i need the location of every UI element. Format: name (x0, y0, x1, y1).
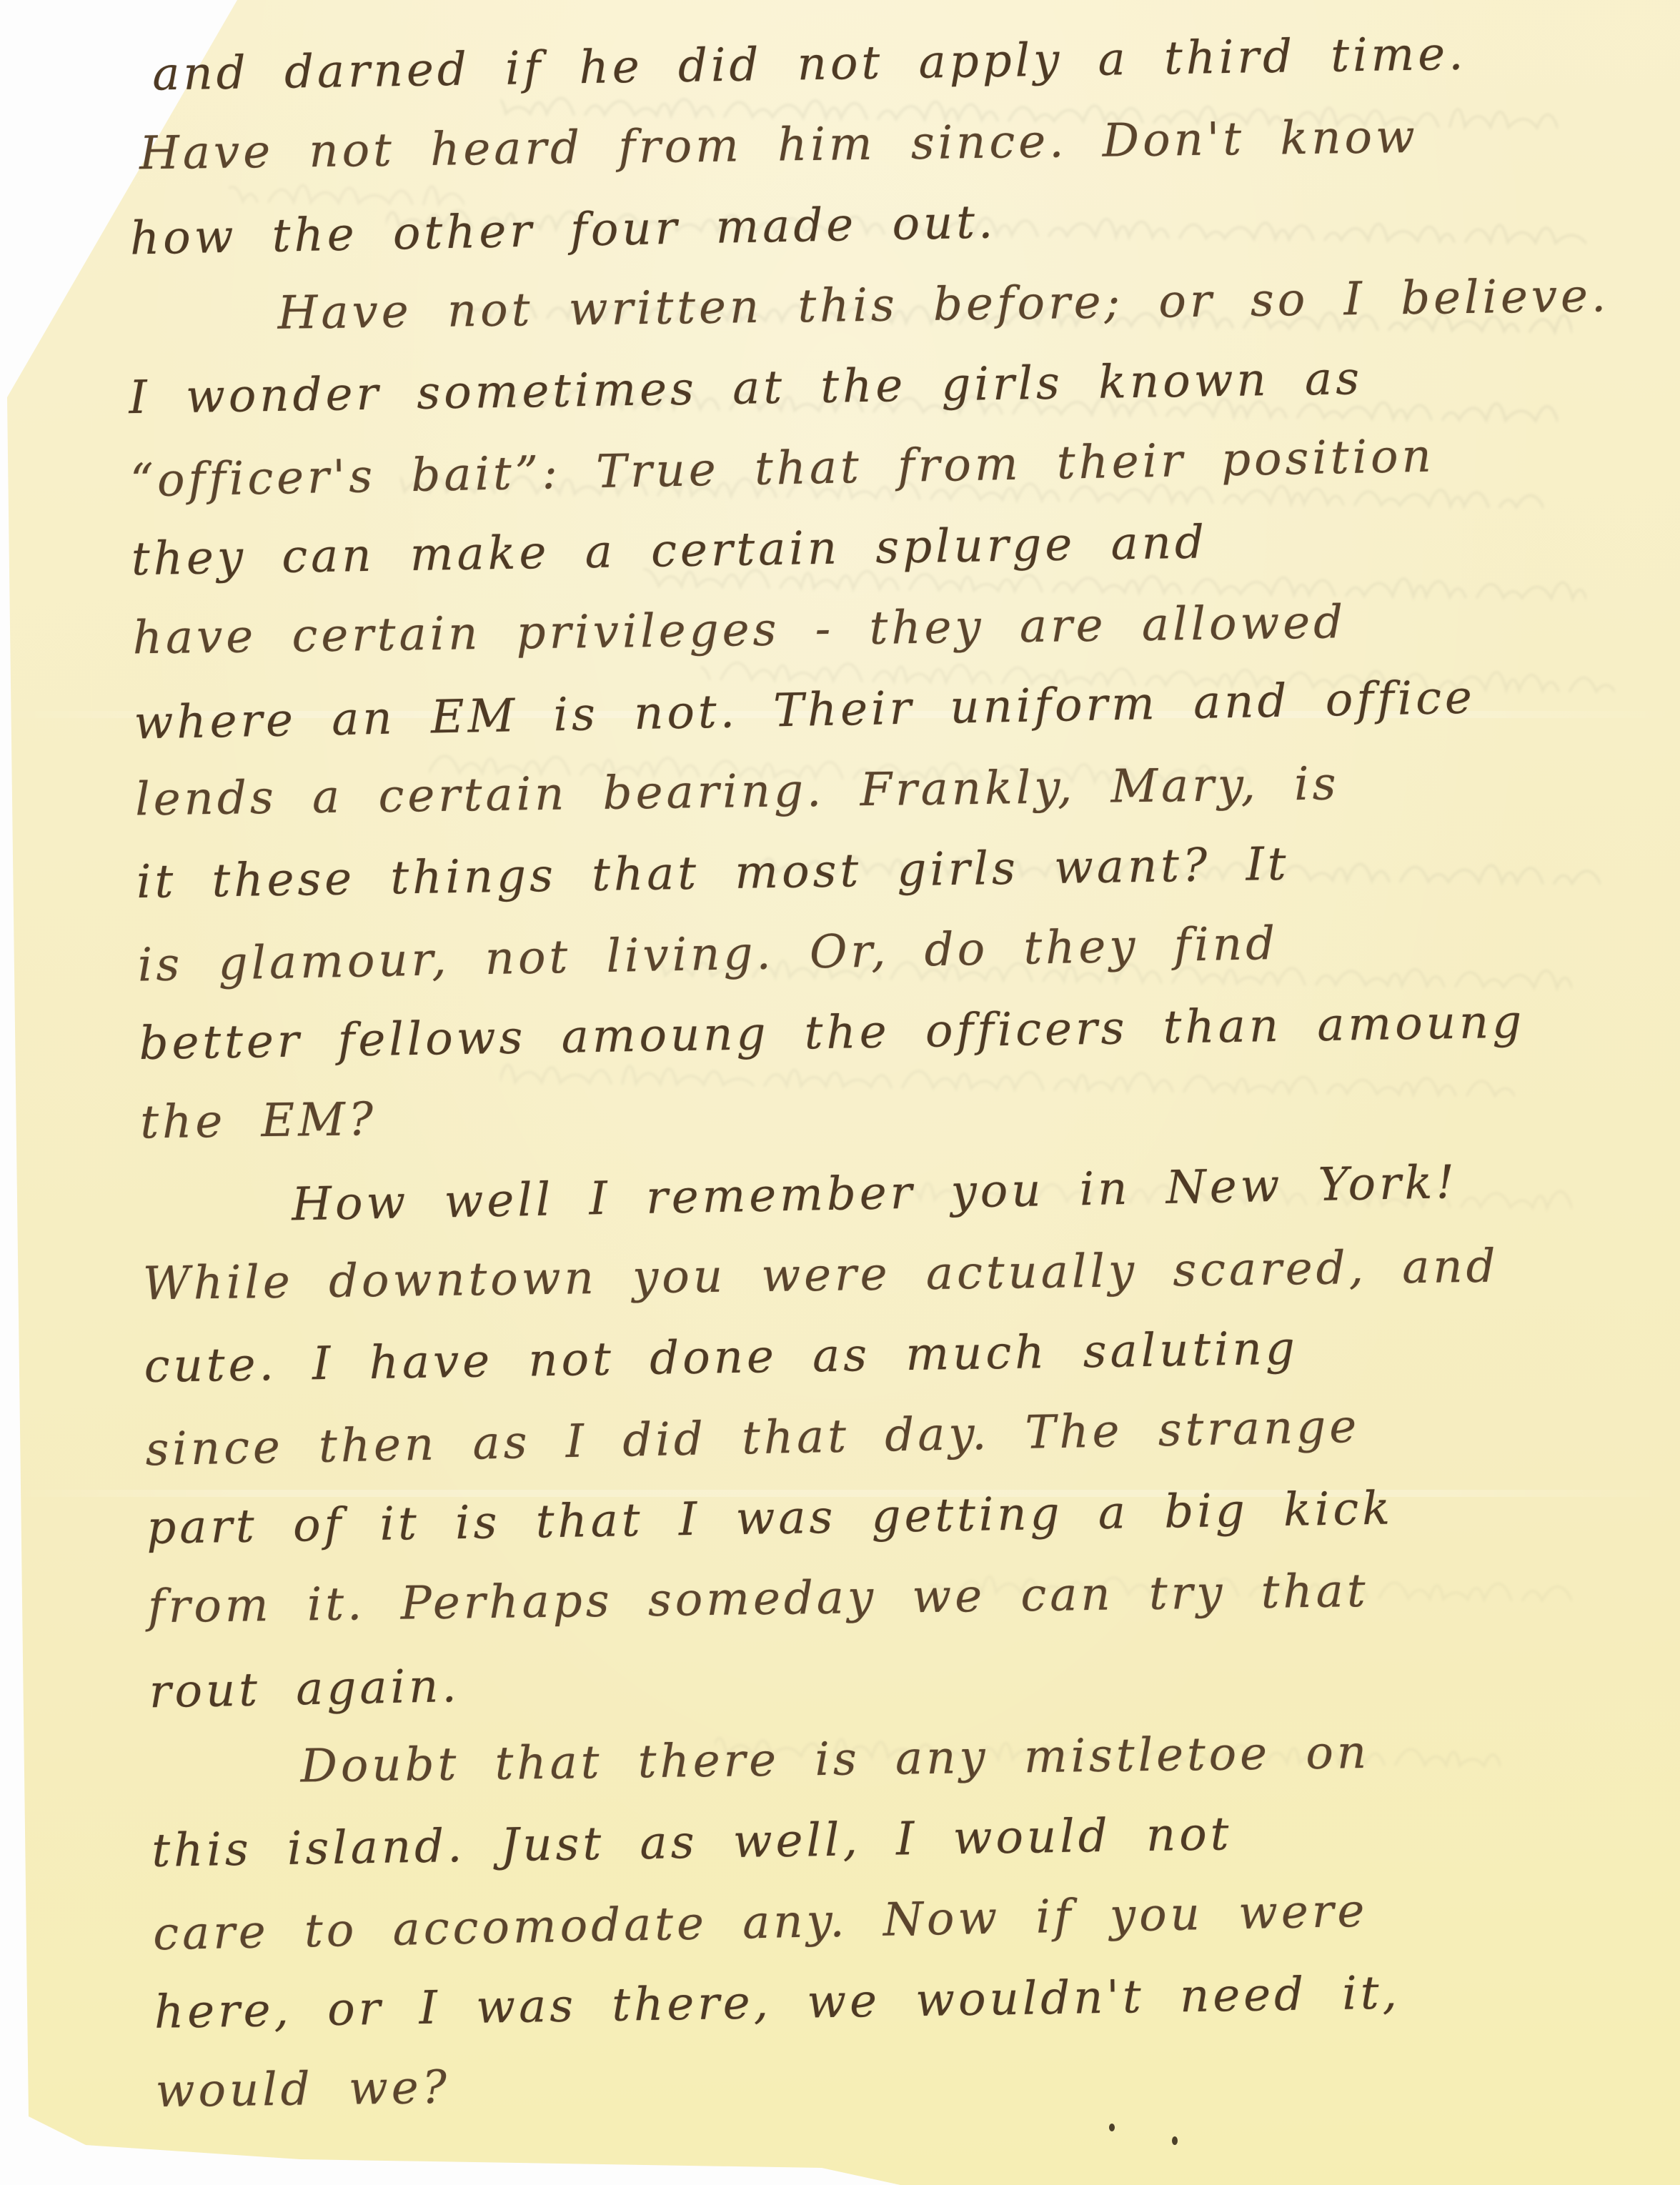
ink-dot (1172, 2136, 1178, 2145)
ink-dot (1109, 2124, 1115, 2131)
letter-text: and darned if he did not apply a third t… (0, 12, 1680, 2138)
scanned-letter-page: and darned if he did not apply a third t… (0, 0, 1680, 2185)
